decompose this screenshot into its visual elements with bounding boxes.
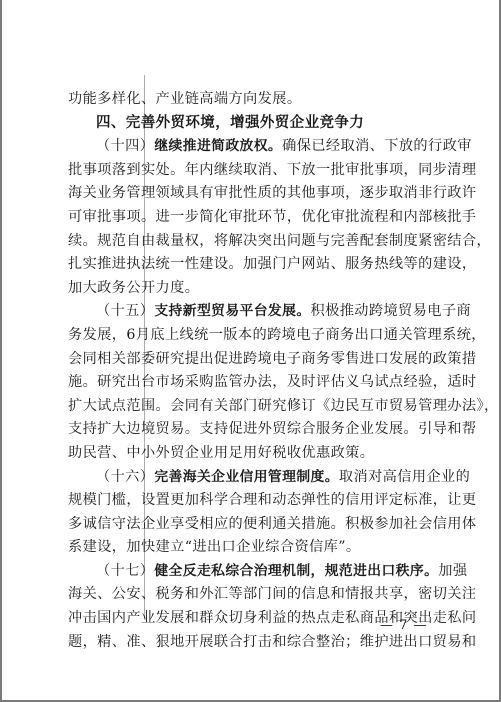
- paragraph-title: 健全反走私综合治理机制，规范进出口秩序。: [154, 563, 438, 579]
- paragraph-16-first-line: （十六）完善海关企业信用管理制度。取消对高信用企业的: [68, 466, 466, 490]
- paragraph-line: 规模门槛，设置更加科学合理和动态弹性的信用评定标准，让更: [68, 489, 466, 513]
- page-number: — 7 —: [380, 618, 428, 633]
- paragraph-title: 继续推进简政放权。: [154, 138, 282, 154]
- paragraph-line: 题，精、准、狠地开展联合打击和综合整治；维护进出口贸易和: [68, 631, 466, 655]
- intro-line: 功能多样化、产业链高端方向发展。: [68, 88, 466, 112]
- paragraph-title: 完善海关企业信用管理制度。: [154, 469, 339, 485]
- section-heading: 四、完善外贸环境，增强外贸企业竞争力: [68, 112, 466, 136]
- paragraph-number: （十四）: [96, 138, 154, 154]
- paragraph-line: 助民营、中小外贸企业用足用好税收优惠政策。: [68, 442, 466, 466]
- paragraph-title: 支持新型贸易平台发展。: [154, 303, 310, 319]
- paragraph-line: 扩大试点范围。会同有关部门研究修订《边民互市贸易管理办法》，: [68, 395, 466, 419]
- paragraph-line: 务发展，6月底上线统一版本的跨境电子商务出口通关管理系统，: [68, 324, 466, 348]
- paragraph-line: 续。规范自由裁量权，将解决突出问题与完善配套制度紧密结合，: [68, 230, 466, 254]
- paragraph-line: 支持扩大边境贸易。支持促进外贸综合服务企业发展。引导和帮: [68, 418, 466, 442]
- paragraph-text: 加强: [438, 563, 467, 579]
- paragraph-line: 施。研究出台市场采购监管办法，及时评估义乌试点经验，适时: [68, 371, 466, 395]
- paragraph-line: 会同相关部委研究提出促进跨境电子商务零售进口发展的政策措: [68, 348, 466, 372]
- paragraph-line: 系建设，加快建立“进出口企业综合资信库”。: [68, 536, 466, 560]
- paragraph-15-first-line: （十五）支持新型贸易平台发展。积极推动跨境贸易电子商: [68, 300, 466, 324]
- paragraph-line: 加大政务公开力度。: [68, 277, 466, 301]
- paragraph-text: 确保已经取消、下放的行政审: [282, 138, 472, 154]
- paragraph-number: （十七）: [96, 563, 154, 579]
- paragraph-line: 扎实推进执法统一性建设。加强门户网站、服务热线等的建设，: [68, 253, 466, 277]
- paragraph-line: 批事项落到实处。年内继续取消、下放一批审批事项，同步清理: [68, 159, 466, 183]
- paragraph-text: 积极推动跨境贸易电子商: [311, 303, 471, 319]
- paragraph-number: （十六）: [96, 469, 154, 485]
- document-body: 功能多样化、产业链高端方向发展。 四、完善外贸环境，增强外贸企业竞争力 （十四）…: [68, 88, 466, 654]
- paragraph-line: 可审批事项。进一步简化审批环节，优化审批流程和内部核批手: [68, 206, 466, 230]
- paragraph-line: 海关业务管理领域具有审批性质的其他事项，逐步取消非行政许: [68, 182, 466, 206]
- paragraph-text: 取消对高信用企业的: [339, 469, 470, 485]
- paragraph-17-first-line: （十七）健全反走私综合治理机制，规范进出口秩序。加强: [68, 560, 466, 584]
- paragraph-line: 海关、公安、税务和外汇等部门间的信息和情报共享，密切关注: [68, 583, 466, 607]
- paragraph-number: （十五）: [96, 303, 154, 319]
- paragraph-14-first-line: （十四）继续推进简政放权。确保已经取消、下放的行政审: [68, 135, 466, 159]
- paragraph-line: 多诚信守法企业享受相应的便利通关措施。积极参加社会信用体: [68, 513, 466, 537]
